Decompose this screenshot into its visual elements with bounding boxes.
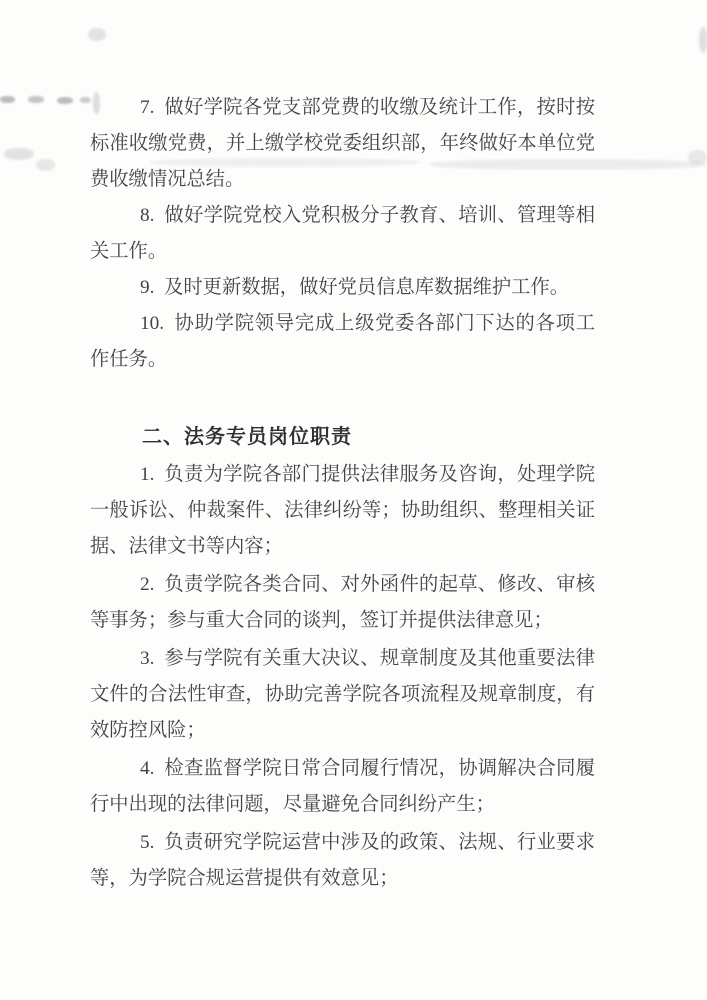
scan-artifact [699, 27, 707, 53]
scan-artifact [36, 159, 55, 171]
scan-artifact [57, 97, 73, 104]
item-number: 10. [140, 313, 164, 334]
item-text: 协助学院领导完成上级党委各部门下达的各项工作任务。 [90, 313, 595, 370]
item-number: 4. [140, 758, 154, 779]
paragraph-item-9: 9.及时更新数据，做好党员信息库数据维护工作。 [90, 270, 595, 306]
paragraph-item-1: 1.负责为学院各部门提供法律服务及咨询，处理学院一般诉讼、仲裁案件、法律纠纷等；… [90, 457, 595, 565]
scan-artifact [688, 150, 707, 164]
item-number: 8. [140, 205, 154, 226]
scan-artifact [28, 96, 44, 103]
paragraph-item-8: 8.做好学院党校入党积极分子教育、培训、管理等相关工作。 [90, 198, 595, 270]
paragraph-item-4: 4.检查监督学院日常合同履行情况，协调解决合同履行中出现的法律问题，尽量避免合同… [90, 751, 595, 823]
item-text: 做好学院党校入党积极分子教育、培训、管理等相关工作。 [90, 205, 595, 262]
item-number: 9. [140, 277, 154, 298]
item-text: 检查监督学院日常合同履行情况，协调解决合同履行中出现的法律问题，尽量避免合同纠纷… [90, 758, 595, 815]
item-text: 负责研究学院运营中涉及的政策、法规、行业要求等，为学院合规运营提供有效意见； [90, 832, 595, 889]
item-text: 及时更新数据，做好党员信息库数据维护工作。 [164, 277, 569, 298]
item-number: 2. [140, 574, 154, 595]
item-number: 1. [140, 464, 154, 485]
paragraph-item-3: 3.参与学院有关重大决议、规章制度及其他重要法律文件的合法性审查，协助完善学院各… [90, 641, 595, 749]
scan-artifact [4, 148, 34, 160]
scanned-document-page: 7.做好学院各党支部党费的收缴及统计工作，按时按标准收缴党费，并上缴学校党委组织… [0, 0, 707, 1000]
paragraph-item-10: 10.协助学院领导完成上级党委各部门下达的各项工作任务。 [90, 306, 595, 378]
item-number: 5. [140, 832, 154, 853]
paragraph-item-5: 5.负责研究学院运营中涉及的政策、法规、行业要求等，为学院合规运营提供有效意见； [90, 825, 595, 897]
document-body: 7.做好学院各党支部党费的收缴及统计工作，按时按标准收缴党费，并上缴学校党委组织… [90, 90, 595, 899]
item-text: 负责学院各类合同、对外函件的起草、修改、审核等事务；参与重大合同的谈判，签订并提… [90, 574, 595, 631]
item-text: 负责为学院各部门提供法律服务及咨询，处理学院一般诉讼、仲裁案件、法律纠纷等；协助… [90, 464, 595, 557]
item-number: 7. [140, 97, 154, 118]
legal-section: 二、法务专员岗位职责 1.负责为学院各部门提供法律服务及咨询，处理学院一般诉讼、… [90, 419, 595, 897]
party-section: 7.做好学院各党支部党费的收缴及统计工作，按时按标准收缴党费，并上缴学校党委组织… [90, 90, 595, 378]
paragraph-item-7: 7.做好学院各党支部党费的收缴及统计工作，按时按标准收缴党费，并上缴学校党委组织… [90, 90, 595, 198]
item-text: 做好学院各党支部党费的收缴及统计工作，按时按标准收缴党费，并上缴学校党委组织部，… [90, 97, 595, 190]
item-text: 参与学院有关重大决议、规章制度及其他重要法律文件的合法性审查，协助完善学院各项流… [90, 648, 595, 741]
scan-artifact [88, 28, 106, 41]
paragraph-item-2: 2.负责学院各类合同、对外函件的起草、修改、审核等事务；参与重大合同的谈判，签订… [90, 567, 595, 639]
legal-section-heading: 二、法务专员岗位职责 [90, 419, 595, 455]
scan-artifact [0, 96, 15, 103]
item-number: 3. [140, 648, 154, 669]
